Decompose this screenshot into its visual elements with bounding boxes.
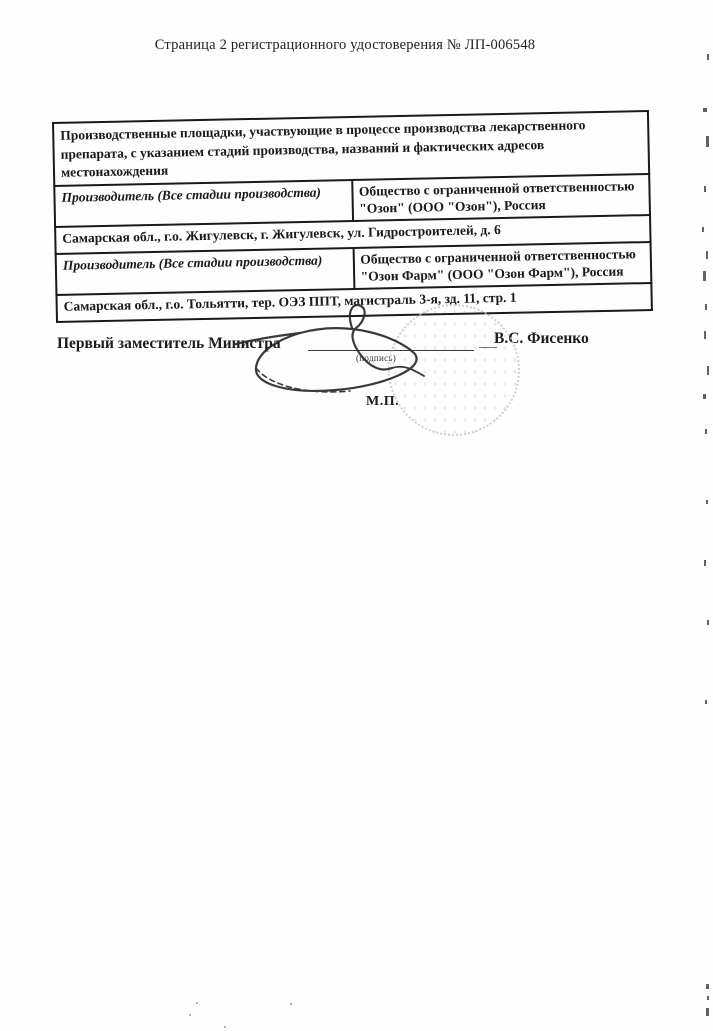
table-header-row: Производственные площадки, участвующие в…: [53, 111, 649, 185]
scan-artifact: [706, 1008, 709, 1016]
production-sites-table: Производственные площадки, участвующие в…: [52, 110, 653, 322]
scan-artifact: [704, 331, 706, 339]
scan-speck: [290, 1003, 292, 1005]
table-header-cell: Производственные площадки, участвующие в…: [53, 111, 649, 185]
producer-company-cell-1: Общество с ограниченной ответственностью…: [352, 174, 650, 221]
scan-artifact: [707, 996, 709, 1000]
scan-artifact: [704, 186, 706, 192]
scan-speck: [189, 1014, 191, 1016]
scan-artifact: [707, 54, 709, 60]
scan-artifact: [703, 394, 706, 399]
scan-artifact: [706, 984, 709, 989]
producer-role-cell-2: Производитель (Все стадии производства): [56, 247, 354, 294]
scan-artifact: [706, 251, 708, 259]
scan-artifact: [705, 304, 707, 310]
page-header: Страница 2 регистрационного удостоверени…: [0, 37, 690, 54]
scan-artifact: [703, 271, 706, 281]
scan-artifact: [703, 108, 707, 112]
scan-artifact: [705, 429, 707, 434]
handwritten-signature-icon: [218, 298, 483, 406]
scan-artifact: [706, 500, 708, 504]
scan-artifact: [706, 136, 709, 147]
producer-role-cell-1: Производитель (Все стадии производства): [54, 179, 352, 226]
scan-speck: [196, 1002, 198, 1004]
scan-artifact: [702, 227, 704, 232]
producer-company-cell-2: Общество с ограниченной ответственностью…: [353, 242, 651, 289]
scan-artifact: [704, 560, 706, 566]
scan-artifact: [707, 366, 709, 375]
scan-artifact: [707, 620, 709, 625]
scan-artifact: [705, 700, 707, 704]
scan-speck: [224, 1026, 226, 1028]
scanned-certificate-page: Страница 2 регистрационного удостоверени…: [0, 0, 713, 1031]
